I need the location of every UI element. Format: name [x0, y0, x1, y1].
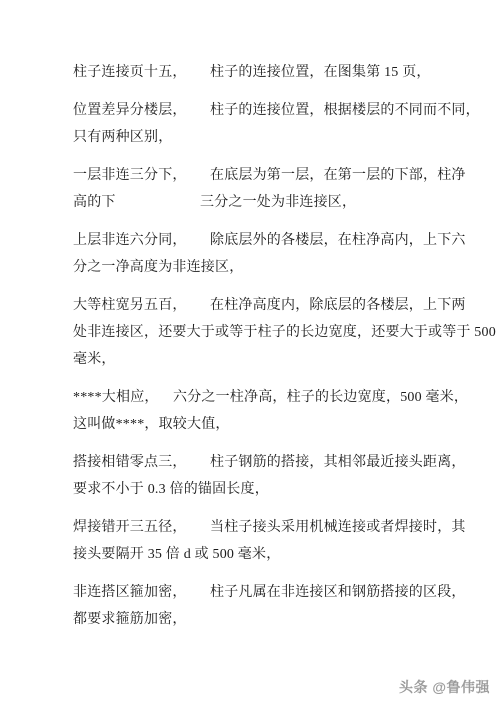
text-segment: 要求不小于 0.3 倍的锚固长度，	[73, 476, 269, 503]
paragraph: 一层非连三分下，在底层为第一层，在第一层的下部，柱净高的下三分之一处为非连接区，	[73, 162, 443, 216]
text-segment: 上层非连六分同，	[73, 227, 187, 254]
text-segment: 高的下	[73, 189, 116, 216]
paragraph: 上层非连六分同，除底层外的各楼层，在柱净高内，上下六分之一净高度为非连接区，	[73, 227, 443, 281]
text-segment: 分之一净高度为非连接区，	[73, 254, 243, 281]
text-segment: 搭接相错零点三，	[73, 449, 187, 476]
text-line: 位置差异分楼层，柱子的连接位置，根据楼层的不同而不同，	[73, 97, 443, 124]
text-segment: 只有两种区别，	[73, 124, 172, 151]
text-segment: 三分之一处为非连接区，	[200, 189, 356, 216]
text-segment: 柱子的连接位置，在图集第 15 页，	[210, 59, 431, 86]
text-line: 搭接相错零点三，柱子钢筋的搭接，其相邻最近接头距离，	[73, 449, 443, 476]
text-segment: 在柱净高度内，除底层的各楼层，上下两	[210, 292, 466, 319]
text-segment: 接头要隔开 35 倍 d 或 500 毫米，	[73, 541, 280, 568]
watermark: 头条 @鲁伟强	[399, 677, 490, 697]
text-line: 分之一净高度为非连接区，	[73, 254, 443, 281]
text-line: 只有两种区别，	[73, 124, 443, 151]
text-line: 要求不小于 0.3 倍的锚固长度，	[73, 476, 443, 503]
text-segment: 当柱子接头采用机械连接或者焊接时，其	[210, 514, 466, 541]
text-line: 一层非连三分下，在底层为第一层，在第一层的下部，柱净	[73, 162, 443, 189]
text-line: 高的下三分之一处为非连接区，	[73, 189, 443, 216]
text-segment: ****大相应，	[73, 384, 159, 411]
text-segment: 柱子凡属在非连接区和钢筋搭接的区段，	[210, 579, 466, 606]
text-segment: 柱子钢筋的搭接，其相邻最近接头距离，	[210, 449, 466, 476]
text-segment: 大等柱宽另五百，	[73, 292, 187, 319]
paragraph: 大等柱宽另五百，在柱净高度内，除底层的各楼层，上下两处非连接区，还要大于或等于柱…	[73, 292, 443, 373]
text-segment: 除底层外的各楼层，在柱净高内，上下六	[210, 227, 466, 254]
text-line: 柱子连接页十五，柱子的连接位置，在图集第 15 页，	[73, 59, 443, 86]
text-segment: 一层非连三分下，	[73, 162, 187, 189]
text-segment: 六分之一柱净高，柱子的长边宽度，500 毫米，	[173, 384, 468, 411]
text-line: 非连搭区箍加密，柱子凡属在非连接区和钢筋搭接的区段，	[73, 579, 443, 606]
text-segment: 柱子的连接位置，根据楼层的不同而不同，	[210, 97, 480, 124]
paragraph: 搭接相错零点三，柱子钢筋的搭接，其相邻最近接头距离，要求不小于 0.3 倍的锚固…	[73, 449, 443, 503]
text-segment: 处非连接区，还要大于或等于柱子的长边宽度，还要大于或等于 500	[73, 319, 496, 346]
text-segment: 柱子连接页十五，	[73, 59, 187, 86]
document-page: 柱子连接页十五，柱子的连接位置，在图集第 15 页，位置差异分楼层，柱子的连接位…	[0, 0, 500, 707]
text-line: 大等柱宽另五百，在柱净高度内，除底层的各楼层，上下两	[73, 292, 443, 319]
text-line: 上层非连六分同，除底层外的各楼层，在柱净高内，上下六	[73, 227, 443, 254]
text-line: 焊接错开三五径，当柱子接头采用机械连接或者焊接时，其	[73, 514, 443, 541]
text-line: 都要求箍筋加密，	[73, 606, 443, 633]
paragraph: 位置差异分楼层，柱子的连接位置，根据楼层的不同而不同，只有两种区别，	[73, 97, 443, 151]
text-line: 这叫做****，取较大值，	[73, 411, 443, 438]
document-body: 柱子连接页十五，柱子的连接位置，在图集第 15 页，位置差异分楼层，柱子的连接位…	[73, 59, 443, 644]
text-segment: 非连搭区箍加密，	[73, 579, 187, 606]
text-segment: 在底层为第一层，在第一层的下部，柱净	[210, 162, 466, 189]
text-line: ****大相应，六分之一柱净高，柱子的长边宽度，500 毫米，	[73, 384, 443, 411]
text-line: 毫米，	[73, 346, 443, 373]
text-segment: 位置差异分楼层，	[73, 97, 187, 124]
text-line: 处非连接区，还要大于或等于柱子的长边宽度，还要大于或等于 500	[73, 319, 443, 346]
paragraph: 非连搭区箍加密，柱子凡属在非连接区和钢筋搭接的区段，都要求箍筋加密，	[73, 579, 443, 633]
paragraph: 柱子连接页十五，柱子的连接位置，在图集第 15 页，	[73, 59, 443, 86]
paragraph: ****大相应，六分之一柱净高，柱子的长边宽度，500 毫米，这叫做****，取…	[73, 384, 443, 438]
text-segment: 都要求箍筋加密，	[73, 606, 187, 633]
text-segment: 毫米，	[73, 346, 116, 373]
text-segment: 焊接错开三五径，	[73, 514, 187, 541]
text-line: 接头要隔开 35 倍 d 或 500 毫米，	[73, 541, 443, 568]
paragraph: 焊接错开三五径，当柱子接头采用机械连接或者焊接时，其接头要隔开 35 倍 d 或…	[73, 514, 443, 568]
text-segment: 这叫做****，取较大值，	[73, 411, 230, 438]
